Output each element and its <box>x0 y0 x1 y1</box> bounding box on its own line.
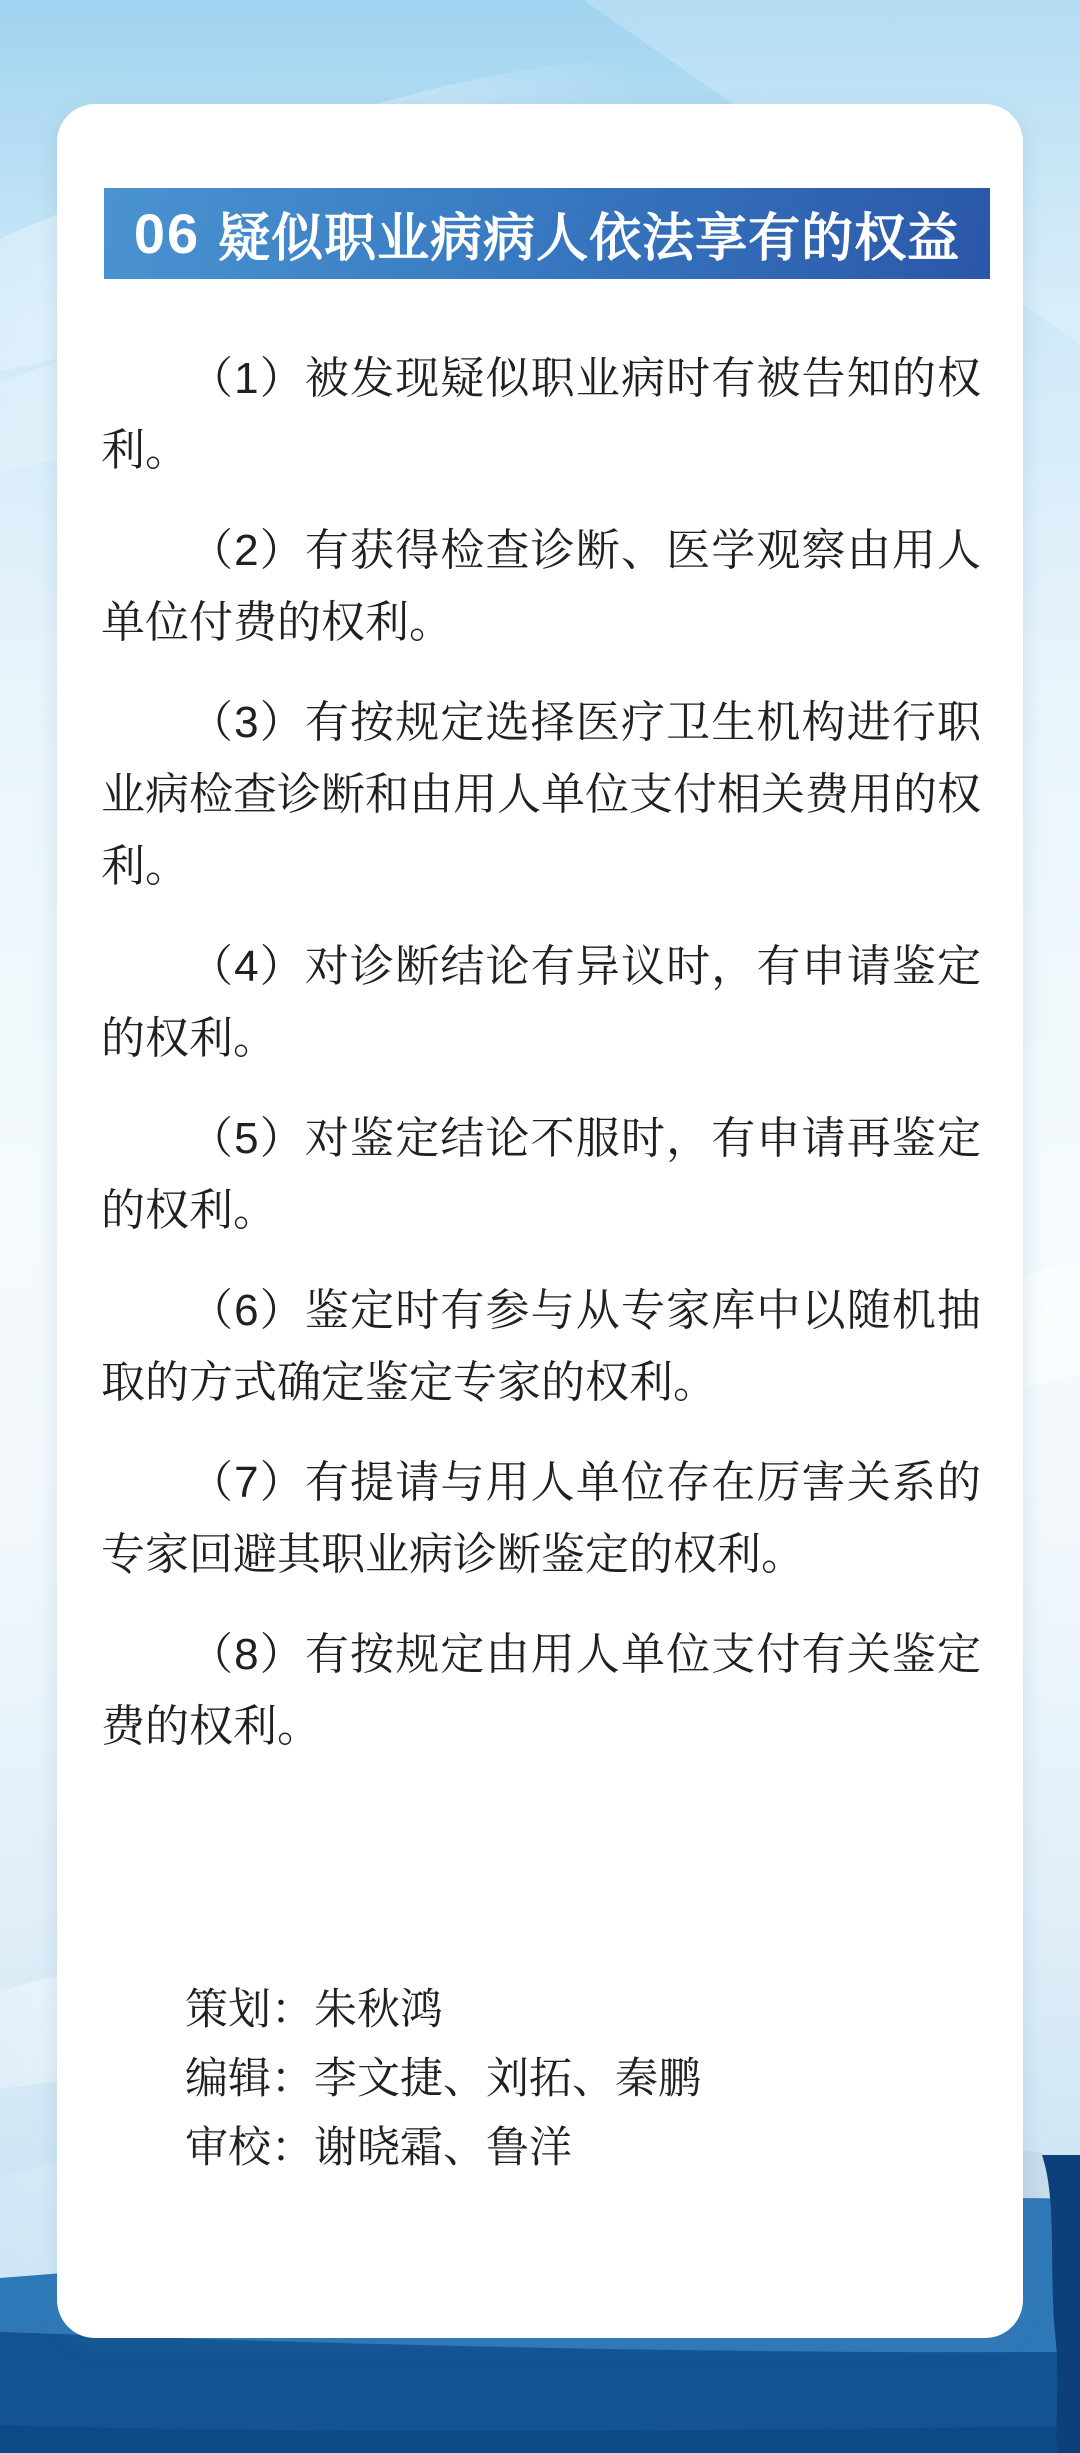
credit-line: 编辑：李文捷、刘拓、秦鹏 <box>185 2045 701 2114</box>
credit-names: 李文捷、刘拓、秦鹏 <box>314 2055 701 2103</box>
rights-paragraph: （6）鉴定时有参与从专家库中以随机抽取的方式确定鉴定专家的权利。 <box>101 1275 981 1419</box>
credit-line: 策划：朱秋鸿 <box>185 1976 701 2045</box>
section-number: 06 <box>134 201 200 266</box>
content-card: 06 疑似职业病病人依法享有的权益 （1）被发现疑似职业病时有被告知的权利。 （… <box>57 104 1023 2338</box>
rights-paragraph: （7）有提请与用人单位存在厉害关系的专家回避其职业病诊断鉴定的权利。 <box>101 1447 981 1591</box>
credits-block: 策划：朱秋鸿 编辑：李文捷、刘拓、秦鹏 审校：谢晓霜、鲁洋 <box>185 1976 701 2183</box>
credit-line: 审校：谢晓霜、鲁洋 <box>185 2114 701 2183</box>
section-title: 疑似职业病病人依法享有的权益 <box>218 196 960 271</box>
rights-paragraph: （2）有获得检查诊断、医学观察由用人单位付费的权利。 <box>101 515 981 659</box>
rights-paragraph: （5）对鉴定结论不服时，有申请再鉴定的权利。 <box>101 1103 981 1247</box>
rights-paragraph: （4）对诊断结论有异议时，有申请鉴定的权利。 <box>101 931 981 1075</box>
credit-names: 朱秋鸿 <box>314 1986 443 2034</box>
section-banner: 06 疑似职业病病人依法享有的权益 <box>104 188 990 279</box>
credit-role: 策划： <box>185 1986 314 2034</box>
rights-list: （1）被发现疑似职业病时有被告知的权利。 （2）有获得检查诊断、医学观察由用人单… <box>101 343 981 1791</box>
credit-names: 谢晓霜、鲁洋 <box>314 2124 572 2172</box>
credit-role: 审校： <box>185 2124 314 2172</box>
rights-paragraph: （1）被发现疑似职业病时有被告知的权利。 <box>101 343 981 487</box>
rights-paragraph: （3）有按规定选择医疗卫生机构进行职业病检查诊断和由用人单位支付相关费用的权利。 <box>101 687 981 903</box>
rights-paragraph: （8）有按规定由用人单位支付有关鉴定费的权利。 <box>101 1619 981 1763</box>
credit-role: 编辑： <box>185 2055 314 2103</box>
poster-background: { "poster": { "banner": { "number": "06"… <box>0 0 1080 2453</box>
